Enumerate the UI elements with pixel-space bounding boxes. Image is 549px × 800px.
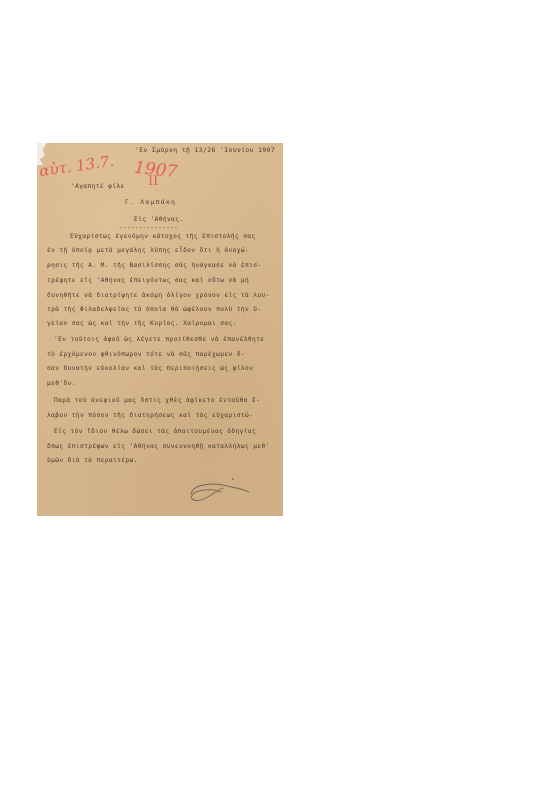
body-line: σαν δυνατὴν εὐκολίαν καὶ τὰς περιποιήσει… bbox=[47, 365, 253, 372]
body-line: τρέψητε εἰς 'Αθήνας ἐπειγόντως σας καὶ ο… bbox=[47, 277, 249, 284]
body-line: ρησις τῆς Α. Μ. τῆς Βασιλίσσης σᾶς ἠνάγκ… bbox=[47, 262, 262, 269]
body-line: τὸ ἐρχόμενον φθινόπωρον τότε νὰ σᾶς παρέ… bbox=[47, 351, 245, 358]
recipient-name: Γ. Λαμπάκη bbox=[125, 199, 176, 206]
body-line: ὑμῶν διὰ τὰ περαιτέρω. bbox=[47, 457, 138, 464]
letter-sheet: 'Εν Σμύρνη τῇ 13/26 'Ιουνίου 1907 αὐτ. 1… bbox=[37, 143, 283, 516]
body-line: ἐν τῇ ὁποίᾳ μετὰ μεγάλης λύπης εἶδον ὅτι… bbox=[47, 247, 249, 254]
body-line: Εἰς τὸν ἴδιον θέλω δώσει τὰς ἀπαιτουμένα… bbox=[54, 428, 256, 435]
body-line: γείαν σας ὡς καὶ τὴν τῆς Κυρίας. Χαίρομα… bbox=[47, 320, 237, 327]
body-line: τρὰ τῆς Φιλαδελφείας τὰ ὁποῖα θὰ ὠφέλουν… bbox=[47, 306, 262, 313]
red-annotation-date: αὐτ. 13.7. bbox=[38, 152, 115, 180]
body-line: δυνηθῆτε νὰ διατρίψητε ἀκόμη ὀλίγον χρόν… bbox=[47, 292, 270, 299]
title-underline: --------------- bbox=[119, 224, 178, 231]
salutation: 'Αγαπητέ φίλε bbox=[71, 183, 125, 190]
signature-scribble bbox=[187, 476, 251, 504]
body-line: ὅπως ἐπιστρέφων εἰς 'Αθήνας συνεννοηθῇ κ… bbox=[47, 443, 270, 450]
scan-page: 'Εν Σμύρνη τῇ 13/26 'Ιουνίου 1907 αὐτ. 1… bbox=[0, 0, 549, 800]
red-annotation-mark: ΙΙ bbox=[148, 174, 158, 189]
body-line: 'Εν τούτοις ἀφοῦ ὡς λέγετε προτίθεσθε νὰ… bbox=[54, 336, 264, 343]
body-line: λαβον τὴν πόσον τῆς διατηρήσεως καὶ τὰς … bbox=[47, 412, 253, 419]
place-date-line: 'Εν Σμύρνη τῇ 13/26 'Ιουνίου 1907 bbox=[135, 147, 275, 154]
body-line: μεθ'ὅν. bbox=[47, 380, 76, 387]
body-line: Εὐχαρίστως ἐγενόμην κάτοχος τῆς ἐπιστολῆ… bbox=[70, 233, 256, 240]
body-line: Παρὰ τοῦ ἀνεψιοῦ μας ὅστις χθὲς ἀφίκετο … bbox=[54, 397, 260, 404]
destination: Εἰς 'Αθήνας. bbox=[134, 216, 184, 223]
